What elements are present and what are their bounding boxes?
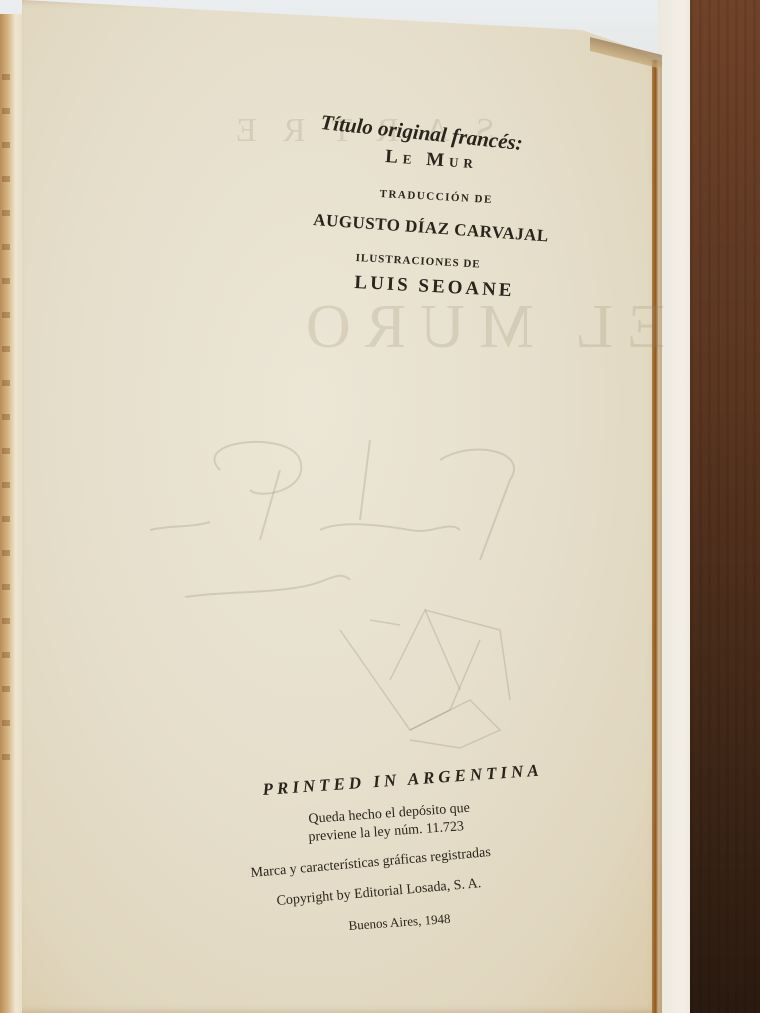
book-cover <box>690 0 760 1013</box>
book-photo: SARTRE EL MURO Título original francés: … <box>0 0 760 1013</box>
show-through-title: EL MURO <box>292 292 665 363</box>
show-through-illustration <box>330 600 520 750</box>
foxing-marks <box>2 74 10 774</box>
page-gutter-edge <box>652 60 658 1013</box>
